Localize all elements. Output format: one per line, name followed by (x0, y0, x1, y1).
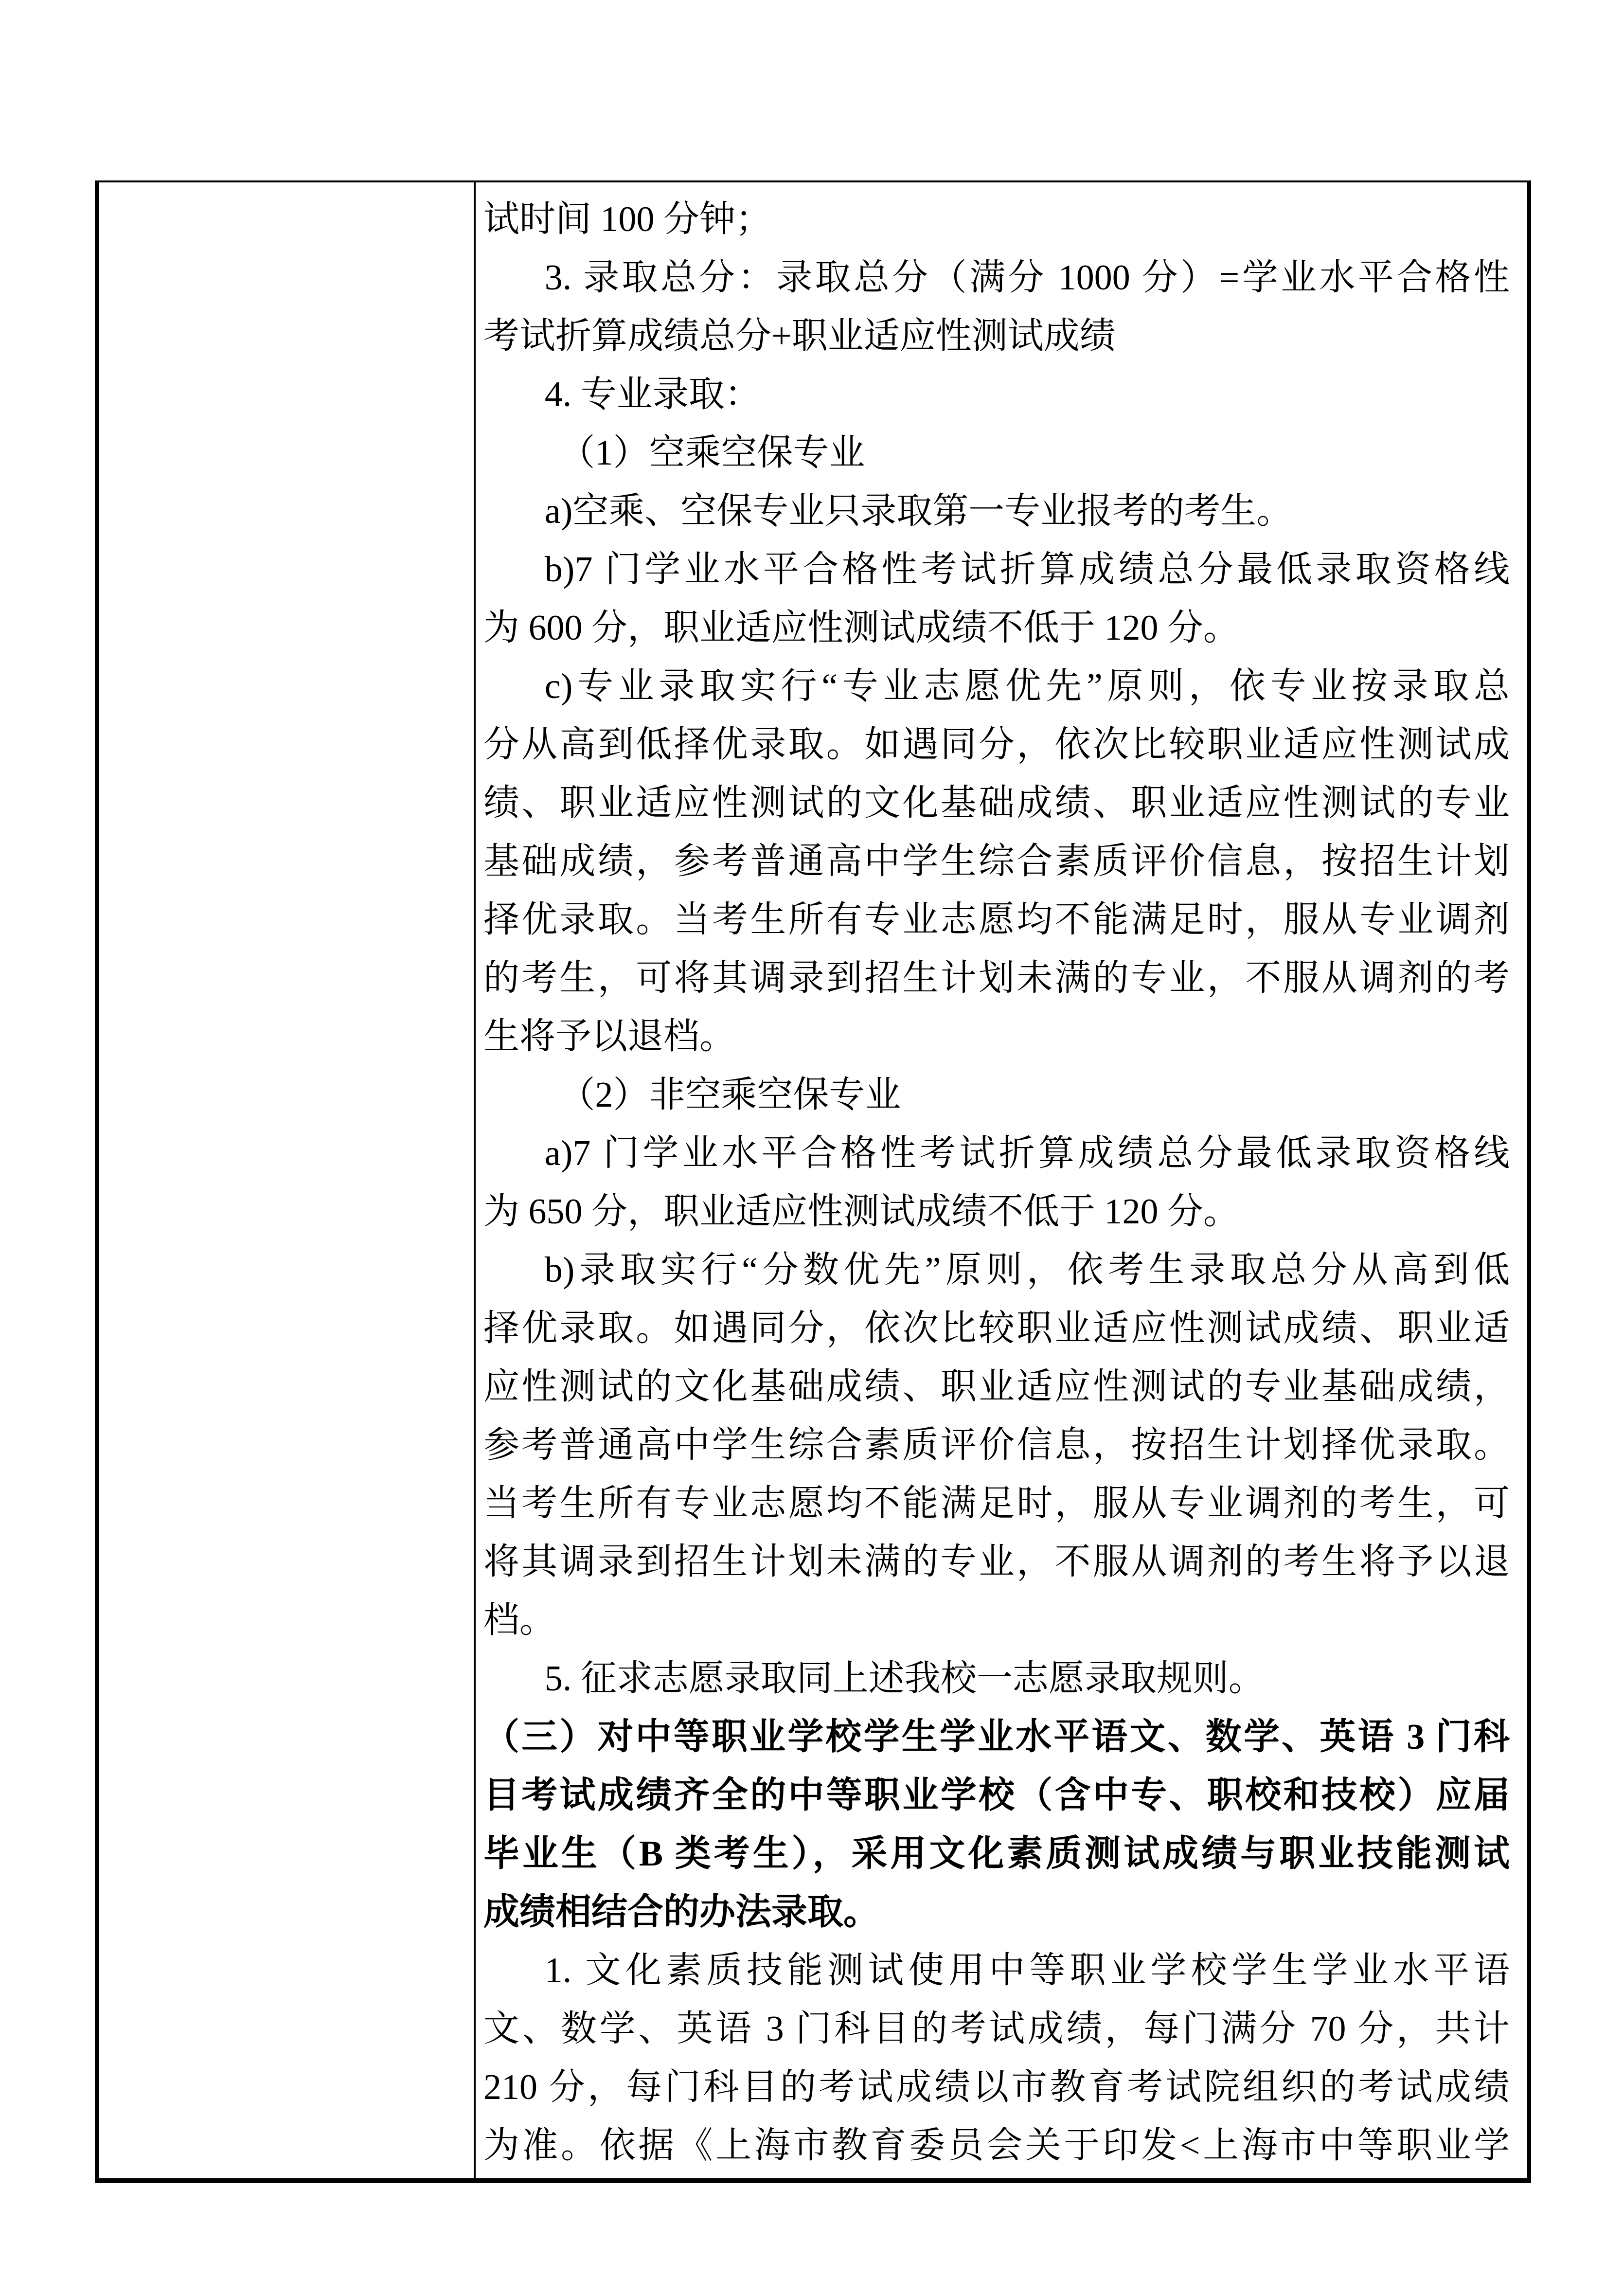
text-line-10: 分从高到低择优录取。如遇同分，依次比较职业适应性测试成 (483, 716, 1510, 774)
text-line-26: 5. 征求志愿录取同上述我校一志愿录取规则。 (483, 1650, 1510, 1708)
text-line-1: 试时间 100 分钟； (483, 190, 1510, 249)
text-line-6: a)空乘、空保专业只录取第一专业报考的考生。 (483, 482, 1510, 540)
text-line-2: 3. 录取总分：录取总分（满分 1000 分）=学业水平合格性 (483, 249, 1510, 307)
text-line-22: 参考普通高中学生综合素质评价信息，按招生计划择优录取。 (483, 1416, 1510, 1474)
text-line-19: b)录取实行“分数优先”原则，依考生录取总分从高到低 (483, 1241, 1510, 1299)
text-line-32: 文、数学、英语 3 门科目的考试成绩，每门满分 70 分，共计 (483, 2000, 1510, 2058)
text-line-7: b)7 门学业水平合格性考试折算成绩总分最低录取资格线 (483, 540, 1510, 599)
text-line-28: 目考试成绩齐全的中等职业学校（含中专、职校和技校）应届 (483, 1766, 1510, 1825)
text-line-3: 考试折算成绩总分+职业适应性测试成绩 (483, 307, 1510, 365)
text-line-29: 毕业生（B 类考生），采用文化素质测试成绩与职业技能测试 (483, 1825, 1510, 1883)
table-cell-left (99, 182, 476, 2178)
text-line-4: 4. 专业录取： (483, 365, 1510, 424)
text-line-5: （1）空乘空保专业 (483, 424, 1510, 482)
table-cell-right: 试时间 100 分钟；3. 录取总分：录取总分（满分 1000 分）=学业水平合… (476, 182, 1527, 2178)
text-line-25: 档。 (483, 1591, 1510, 1650)
text-line-17: a)7 门学业水平合格性考试折算成绩总分最低录取资格线 (483, 1124, 1510, 1183)
text-line-8: 为 600 分，职业适应性测试成绩不低于 120 分。 (483, 599, 1510, 657)
text-line-11: 绩、职业适应性测试的文化基础成绩、职业适应性测试的专业 (483, 774, 1510, 832)
text-line-30: 成绩相结合的办法录取。 (483, 1883, 1510, 1941)
text-line-27: （三）对中等职业学校学生学业水平语文、数学、英语 3 门科 (483, 1708, 1510, 1766)
text-line-31: 1. 文化素质技能测试使用中等职业学校学生学业水平语 (483, 1941, 1510, 2000)
text-line-12: 基础成绩，参考普通高中学生综合素质评价信息，按招生计划 (483, 832, 1510, 891)
text-line-34: 为准。依据《上海市教育委员会关于印发<上海市中等职业学 (483, 2117, 1510, 2175)
text-line-14: 的考生，可将其调录到招生计划未满的专业，不服从调剂的考 (483, 949, 1510, 1007)
text-line-24: 将其调录到招生计划未满的专业，不服从调剂的考生将予以退 (483, 1533, 1510, 1591)
text-line-16: （2）非空乘空保专业 (483, 1066, 1510, 1124)
admission-rules-table: 试时间 100 分钟；3. 录取总分：录取总分（满分 1000 分）=学业水平合… (95, 180, 1531, 2183)
text-line-33: 210 分，每门科目的考试成绩以市教育考试院组织的考试成绩 (483, 2058, 1510, 2117)
text-line-18: 为 650 分，职业适应性测试成绩不低于 120 分。 (483, 1183, 1510, 1241)
text-line-9: c)专业录取实行“专业志愿优先”原则，依专业按录取总 (483, 657, 1510, 716)
text-line-15: 生将予以退档。 (483, 1007, 1510, 1066)
text-line-21: 应性测试的文化基础成绩、职业适应性测试的专业基础成绩， (483, 1358, 1510, 1416)
text-line-23: 当考生所有专业志愿均不能满足时，服从专业调剂的考生，可 (483, 1474, 1510, 1533)
text-line-13: 择优录取。当考生所有专业志愿均不能满足时，服从专业调剂 (483, 891, 1510, 949)
text-line-20: 择优录取。如遇同分，依次比较职业适应性测试成绩、职业适 (483, 1299, 1510, 1358)
